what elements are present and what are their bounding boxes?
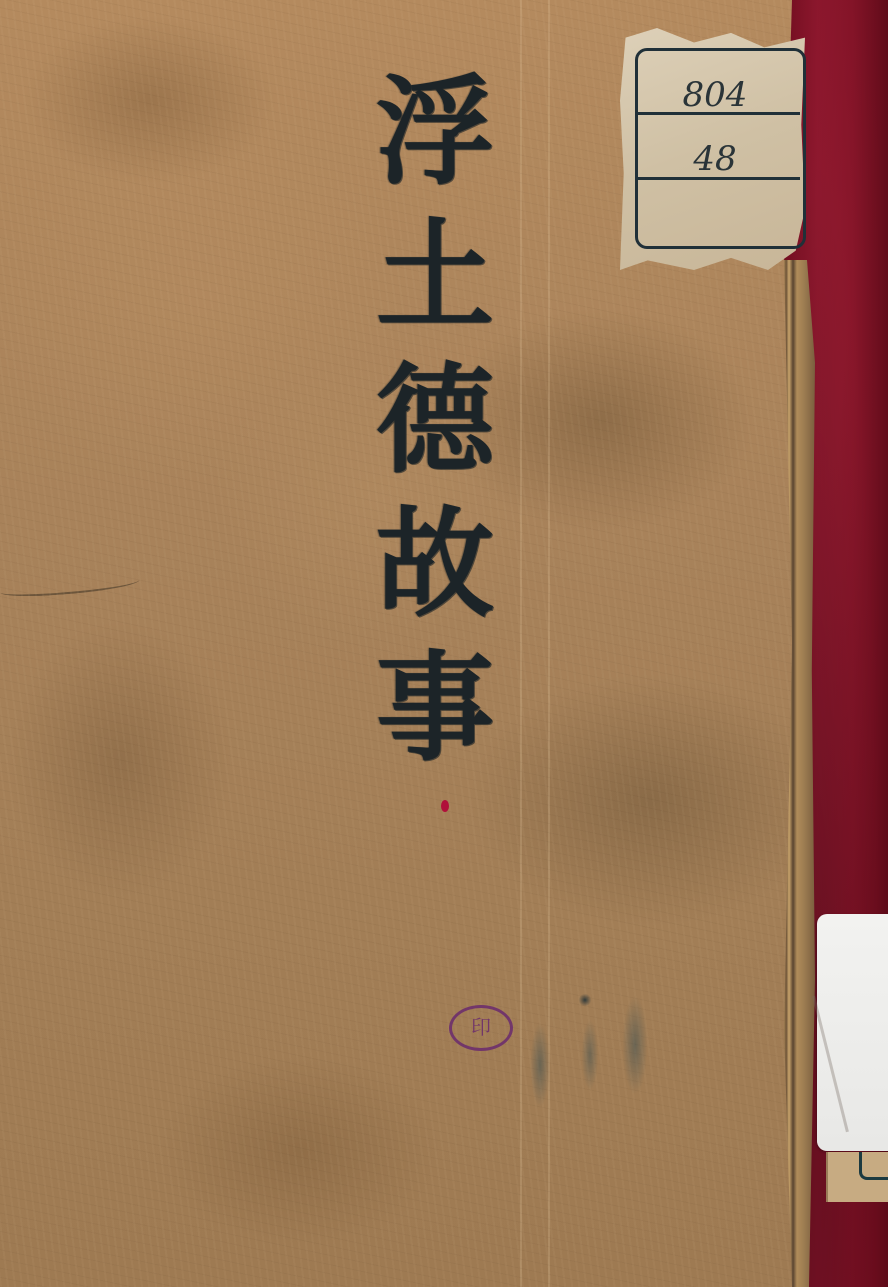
- red-ink-dot: [441, 800, 449, 812]
- book-cover-photo: 浮 土 德 故 事 804 48 印: [0, 0, 888, 1287]
- title-char: 故: [376, 492, 494, 636]
- title-char: 浮: [376, 60, 494, 204]
- title-char: 德: [376, 348, 494, 492]
- shelf-number-2: 48: [660, 142, 770, 176]
- title-char: 事: [376, 636, 494, 780]
- lower-label-fragment: [826, 1152, 888, 1202]
- shelf-number-1: 804: [660, 78, 770, 112]
- seal-stamp: 印: [449, 1005, 513, 1051]
- calligraphy-title: 浮 土 德 故 事: [355, 60, 515, 780]
- white-sticker: [817, 914, 888, 1151]
- faded-ink-offset: [500, 965, 660, 1135]
- title-char: 土: [376, 204, 494, 348]
- paper-crease: [0, 573, 140, 599]
